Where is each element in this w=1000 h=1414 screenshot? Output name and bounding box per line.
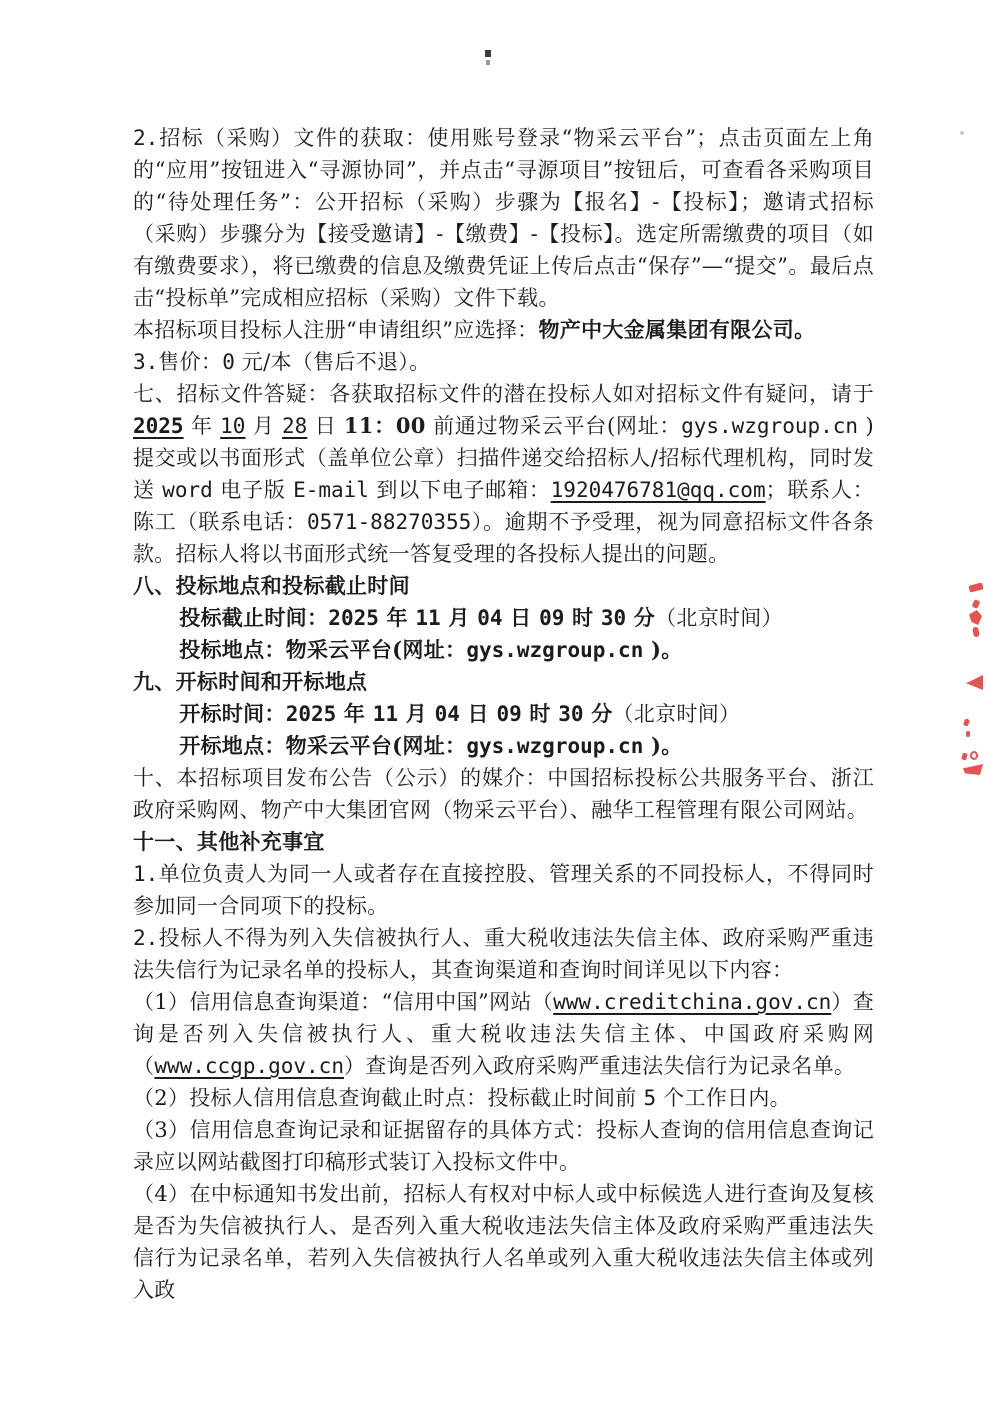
text-segment: 2025	[328, 606, 379, 630]
para-section7-clarification: 七、招标文件答疑：各获取招标文件的潜在投标人如对招标文件有疑问，请于2025 年…	[133, 378, 874, 570]
text-segment: 日	[460, 701, 497, 726]
text-segment: （2）投标人信用信息查询截止时点：投标截止时间前	[133, 1086, 644, 1110]
para-credit-deadline: （2）投标人信用信息查询截止时点：投标截止时间前 5 个工作日内。	[133, 1082, 874, 1114]
para-section8-heading: 八、投标地点和投标截止时间	[133, 570, 874, 602]
text-segment: )。	[643, 733, 682, 758]
para-section11-heading: 十一、其他补充事宜	[133, 826, 874, 858]
text-segment: 年	[336, 701, 373, 726]
text-segment: 0571-88270355	[307, 510, 471, 534]
text-segment: 11	[415, 606, 440, 630]
text-segment: 开标地点：物采云平台(网址：	[179, 733, 466, 758]
para-item2-file-acquisition: 2.招标（采购）文件的获取：使用账号登录“物采云平台”；点击页面左上角的“应用”…	[133, 122, 874, 314]
text-segment: 月	[398, 701, 435, 726]
para-credit-recheck: （4）在中标通知书发出前，招标人有权对中标人或中标候选人进行查询及复核是否为失信…	[133, 1178, 874, 1306]
text-segment: gys.wzgroup.cn	[466, 638, 643, 662]
red-seal-fragment	[961, 752, 968, 760]
red-seal-fragment	[966, 731, 970, 737]
text-segment: 年	[379, 605, 416, 630]
text-segment: （北京时间）	[655, 606, 783, 630]
text-segment: 时	[522, 701, 559, 726]
text-segment: （1）信用信息查询渠道：“信用中国”网站（	[133, 990, 553, 1014]
text-segment: word	[162, 478, 213, 502]
red-seal-fragment	[969, 610, 982, 625]
text-segment: 月	[245, 414, 282, 438]
document-page: 2.招标（采购）文件的获取：使用账号登录“物采云平台”；点击页面左上角的“应用”…	[0, 0, 1000, 1414]
text-segment: 时	[564, 605, 601, 630]
text-segment: 11	[373, 702, 398, 726]
text-segment: 2025	[286, 702, 337, 726]
text-segment: （3）信用信息查询记录和证据留存的具体方式：投标人查询的信用信息查询记录应以网站…	[133, 1118, 874, 1174]
para-bid-place: 投标地点：物采云平台(网址：gys.wzgroup.cn )。	[133, 634, 874, 666]
para-section9-heading: 九、开标时间和开标地点	[133, 666, 874, 698]
text-segment: 物产中大金属集团有限公司。	[538, 317, 815, 342]
text-segment: 个工作日内。	[656, 1086, 791, 1110]
text-segment: 年	[184, 414, 221, 438]
text-segment: 0	[222, 350, 235, 374]
text-segment: 单位负责人为同一人或者存在直接控股、管理关系的不同投标人，不得同时参加同一合同项…	[133, 862, 874, 918]
text-segment: 七、招标文件答疑：各获取招标文件的潜在投标人如对招标文件有疑问，请于	[133, 382, 874, 406]
red-seal-fragment	[972, 599, 981, 609]
text-segment: 3.	[133, 350, 158, 374]
text-segment: 1.	[133, 862, 158, 886]
text-segment: 分	[584, 701, 613, 726]
text-segment: 30	[601, 606, 626, 630]
text-segment: 十、本招标项目发布公告（公示）的媒介：中国招标投标公共服务平台、浙江政府采购网、…	[133, 766, 874, 822]
text-segment: 售价：	[158, 350, 222, 374]
text-segment: 投标人不得为列入失信被执行人、重大税收违法失信主体、政府采购严重违法失信行为记录…	[133, 926, 874, 982]
red-seal-fragment	[963, 764, 983, 775]
text-segment: )。	[643, 637, 682, 662]
text-segment: 04	[477, 606, 502, 630]
text-segment: www.ccgp.gov.cn	[154, 1054, 344, 1078]
text-segment: 分	[626, 605, 655, 630]
text-segment: 1920476781@qq.com	[551, 478, 766, 502]
text-segment: 04	[435, 702, 460, 726]
para-credit-record: （3）信用信息查询记录和证据留存的具体方式：投标人查询的信用信息查询记录应以网站…	[133, 1114, 874, 1178]
scan-speck	[960, 131, 964, 135]
text-segment: 月	[441, 605, 478, 630]
text-segment: 09	[496, 702, 521, 726]
red-seal-fragment	[963, 718, 970, 726]
para-open-place: 开标地点：物采云平台(网址：gys.wzgroup.cn )。	[133, 730, 874, 762]
text-segment: 十一、其他补充事宜	[133, 829, 325, 854]
text-segment: 本招标项目投标人注册“申请组织”应选择：	[133, 318, 538, 342]
text-segment: 28	[282, 414, 307, 438]
text-segment: 前通过物采云平台(网址：	[426, 414, 681, 438]
text-segment: 开标时间：	[179, 701, 286, 726]
para-supplement-2: 2.投标人不得为列入失信被执行人、重大税收违法失信主体、政府采购严重违法失信行为…	[133, 922, 874, 986]
text-segment: 元/本（售后不退）。	[235, 350, 431, 374]
para-credit-channel: （1）信用信息查询渠道：“信用中国”网站（www.creditchina.gov…	[133, 986, 874, 1082]
text-segment: 电子版	[213, 478, 293, 502]
red-seal-fragment	[972, 627, 980, 638]
text-segment: 09	[539, 606, 564, 630]
text-segment: 日	[503, 605, 540, 630]
text-segment: 投标截止时间：	[179, 605, 328, 630]
text-segment: 30	[558, 702, 583, 726]
text-segment: 招标（采购）文件的获取：使用账号登录“物采云平台”；点击页面左上角的“应用”按钮…	[133, 126, 874, 310]
document-body: 2.招标（采购）文件的获取：使用账号登录“物采云平台”；点击页面左上角的“应用”…	[133, 122, 874, 1306]
text-segment: （北京时间）	[613, 702, 741, 726]
text-segment: 2.	[133, 126, 158, 150]
text-segment: （4）在中标通知书发出前，招标人有权对中标人或中标候选人进行查询及复核是否为失信…	[133, 1182, 874, 1302]
text-segment: 八、投标地点和投标截止时间	[133, 573, 410, 598]
text-segment: gys.wzgroup.cn	[466, 734, 643, 758]
text-segment: E-mail	[293, 478, 369, 502]
red-seal-fragment	[970, 751, 978, 760]
scan-speck	[486, 60, 490, 65]
text-segment: 11：00	[344, 413, 426, 438]
text-segment: 投标地点：物采云平台(网址：	[179, 637, 466, 662]
red-seal-fragment	[968, 582, 983, 592]
text-segment: 日	[307, 414, 344, 438]
text-segment: 5	[644, 1086, 657, 1110]
text-segment: 2.	[133, 926, 158, 950]
text-segment: 2025	[133, 414, 184, 438]
text-segment: 10	[220, 414, 245, 438]
para-section10-media: 十、本招标项目发布公告（公示）的媒介：中国招标投标公共服务平台、浙江政府采购网、…	[133, 762, 874, 826]
text-segment: www.creditchina.gov.cn	[553, 990, 831, 1014]
text-segment: 到以下电子邮箱：	[369, 478, 551, 502]
scan-speck	[485, 50, 491, 57]
para-registration-note: 本招标项目投标人注册“申请组织”应选择：物产中大金属集团有限公司。	[133, 314, 874, 346]
para-open-time: 开标时间：2025 年 11 月 04 日 09 时 30 分（北京时间）	[133, 698, 874, 730]
red-seal-fragment	[966, 675, 983, 690]
text-segment: ）查询是否列入政府采购严重违法失信行为记录名单。	[344, 1054, 855, 1078]
text-segment: 九、开标时间和开标地点	[133, 669, 367, 694]
para-item3-price: 3.售价：0 元/本（售后不退）。	[133, 346, 874, 378]
text-segment: gys.wzgroup.cn	[681, 414, 858, 438]
para-supplement-1: 1.单位负责人为同一人或者存在直接控股、管理关系的不同投标人，不得同时参加同一合…	[133, 858, 874, 922]
para-bid-deadline: 投标截止时间：2025 年 11 月 04 日 09 时 30 分（北京时间）	[133, 602, 874, 634]
